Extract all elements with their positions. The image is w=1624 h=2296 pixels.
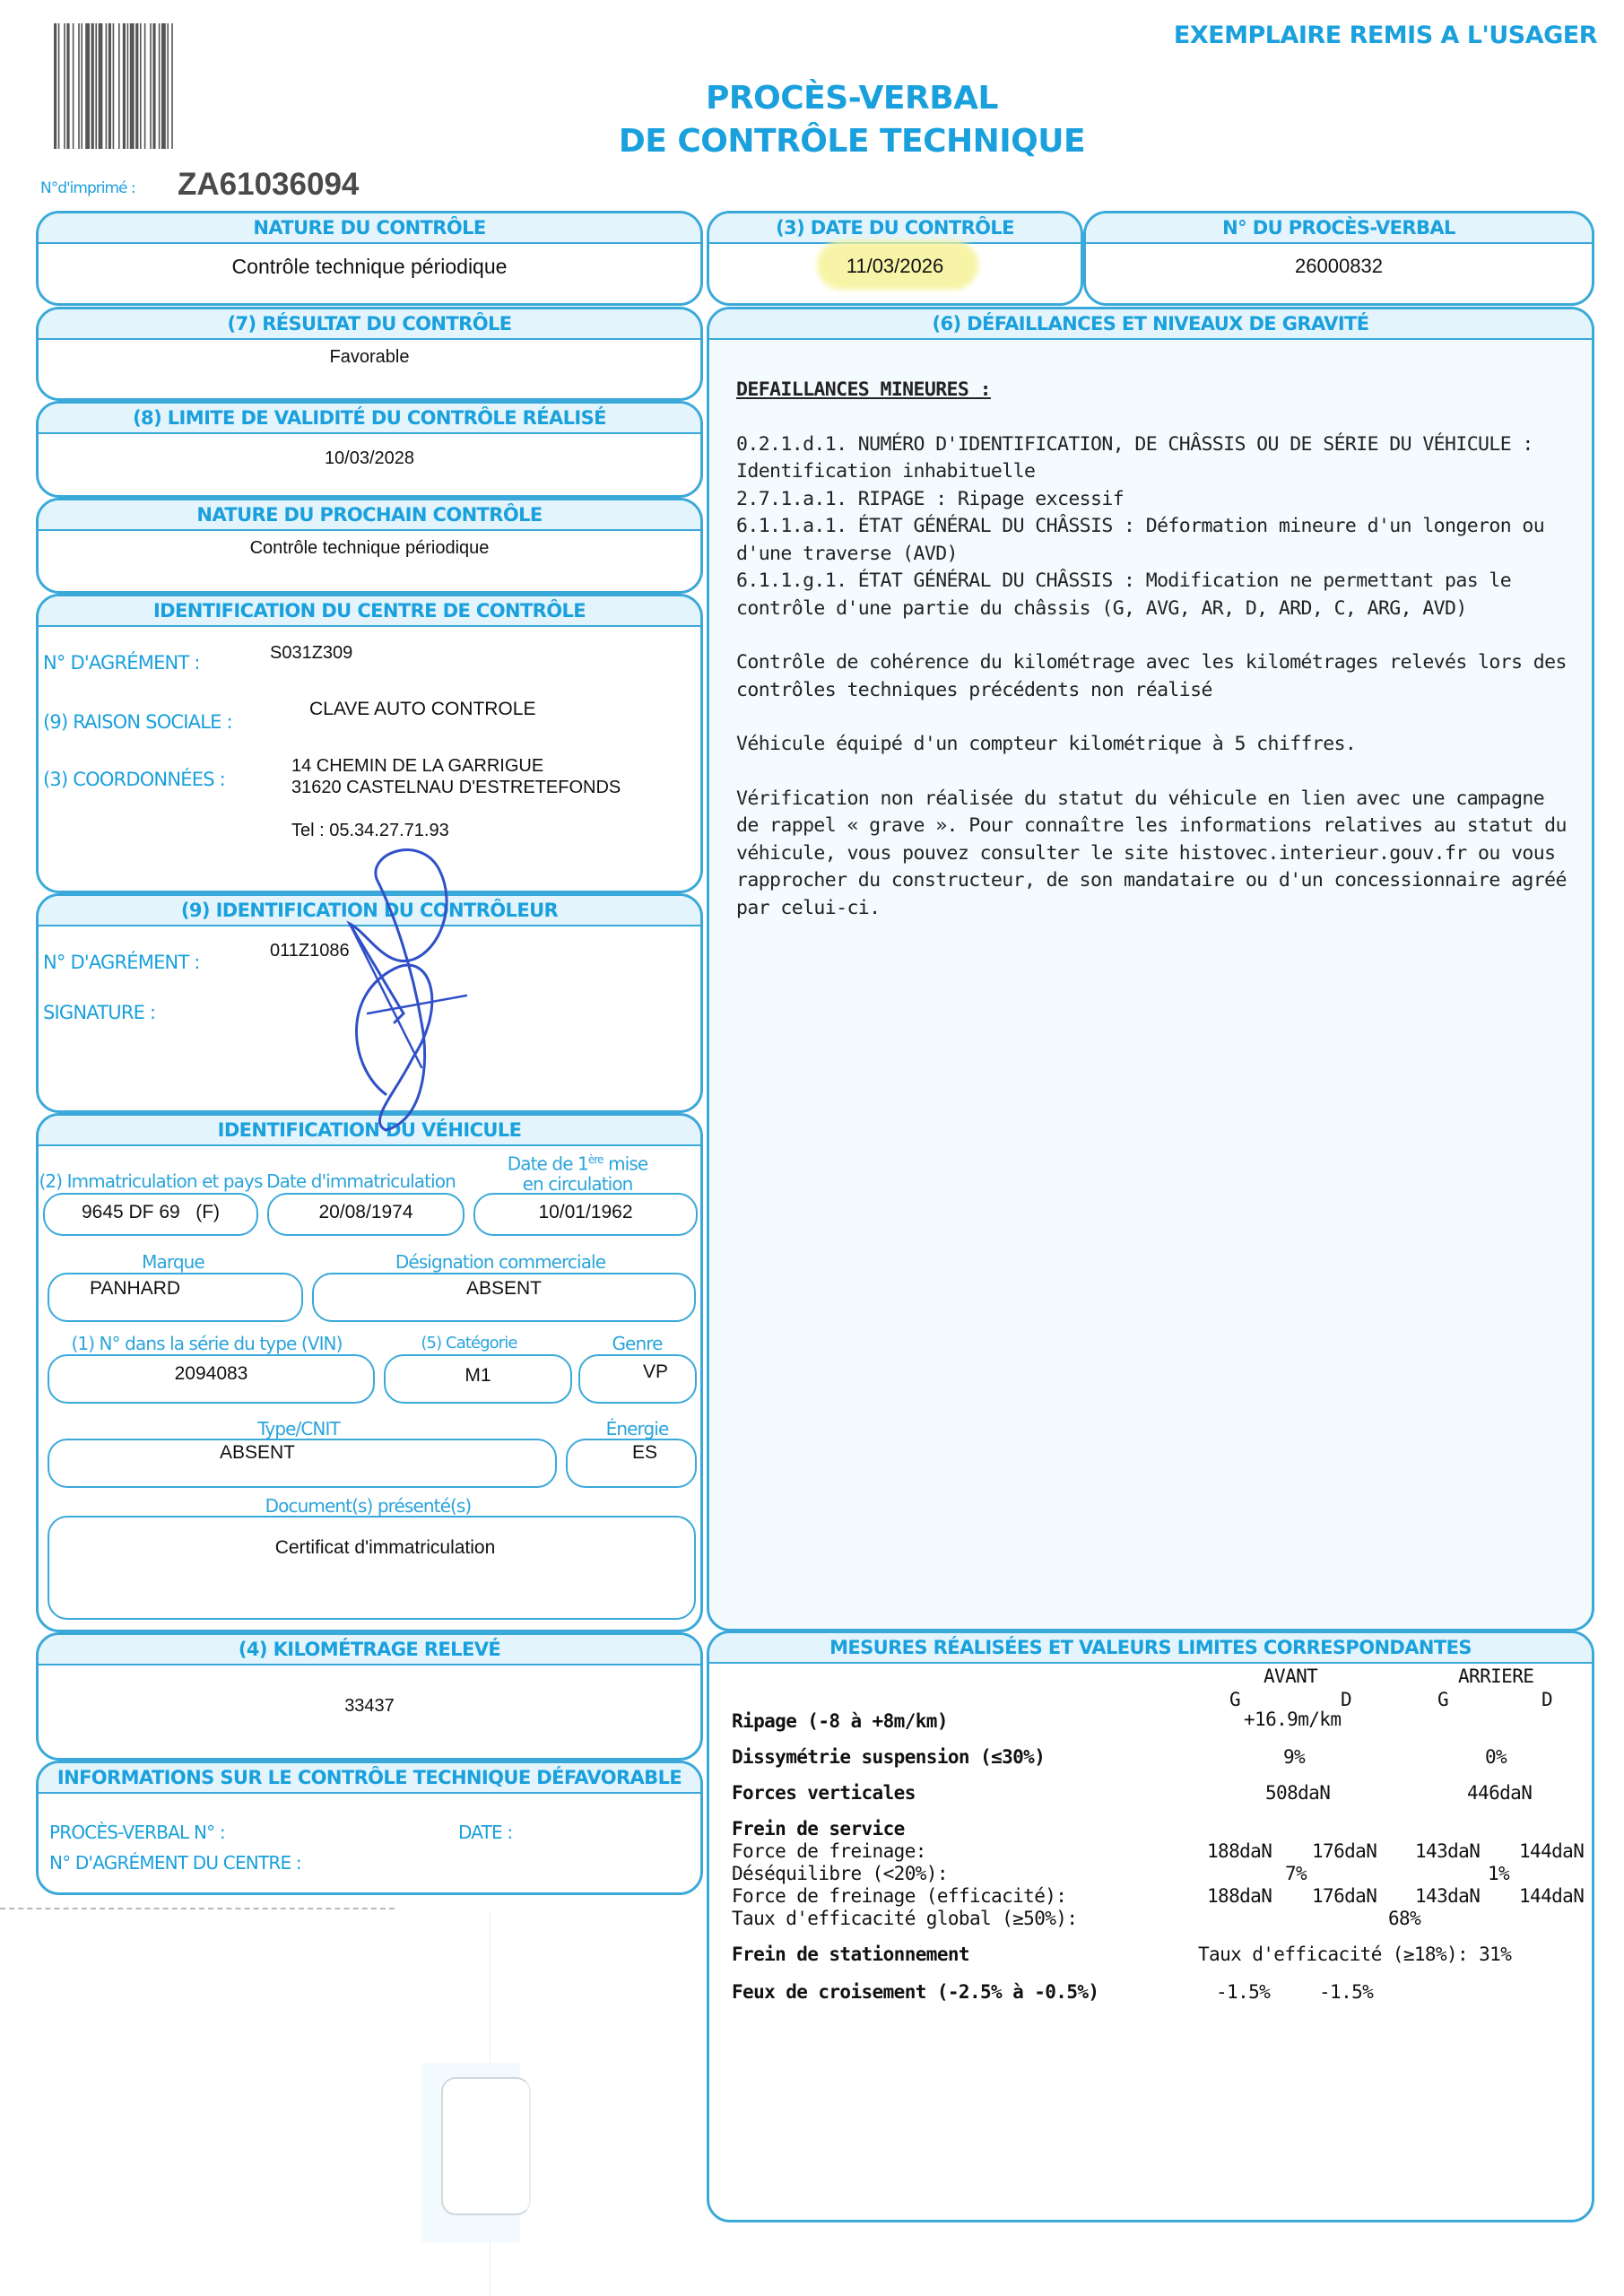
genre-field: VP: [578, 1354, 697, 1404]
copy-label: EXEMPLAIRE REMIS A L'USAGER: [1174, 22, 1597, 49]
section-header: (4) KILOMÉTRAGE RELEVÉ: [39, 1635, 700, 1665]
date-mec-field: 10/01/1962: [473, 1193, 698, 1236]
date-mec-label-part: en circulation: [523, 1173, 633, 1195]
dissymetrie-arriere: 0%: [1485, 1746, 1507, 1768]
section-header: (6) DÉFAILLANCES ET NIVEAUX DE GRAVITÉ: [709, 309, 1592, 340]
defavorable-box: INFORMATIONS SUR LE CONTRÔLE TECHNIQUE D…: [36, 1761, 703, 1895]
cut-line: [0, 1908, 395, 1909]
note-compteur: Véhicule équipé d'un compteur kilométriq…: [736, 731, 1574, 759]
vin-field: 2094083: [48, 1354, 375, 1404]
note-rappel: Vérification non réalisée du statut du v…: [736, 786, 1574, 923]
section-header: INFORMATIONS SUR LE CONTRÔLE TECHNIQUE D…: [39, 1763, 700, 1794]
force-eff-ard: 144daN: [1519, 1885, 1584, 1907]
energie-label: Énergie: [577, 1419, 698, 1439]
force-freinage-label: Force de freinage:: [732, 1840, 926, 1862]
centre-raison-label: (9) RAISON SOCIALE :: [43, 711, 232, 733]
section-header: IDENTIFICATION DU CENTRE DE CONTRÔLE: [39, 596, 700, 627]
feux-gauche: -1.5%: [1216, 1981, 1270, 2003]
force-freinage-avg: 188daN: [1207, 1840, 1272, 1862]
signature-label: SIGNATURE :: [43, 1002, 155, 1023]
desequilibre-label: Déséquilibre (<20%):: [732, 1863, 948, 1884]
resultat-value: Favorable: [39, 347, 700, 368]
centre-address-line2: 31620 CASTELNAU D'ESTRETEFONDS: [291, 778, 621, 798]
dissymetrie-label: Dissymétrie suspension (≤30%): [732, 1746, 1045, 1768]
designation-field: ABSENT: [312, 1273, 696, 1322]
taux-global-label: Taux d'efficacité global (≥50%):: [732, 1908, 1077, 1929]
defaillances-list: 0.2.1.d.1. NUMÉRO D'IDENTIFICATION, DE C…: [736, 431, 1574, 623]
designation-value: ABSENT: [314, 1278, 694, 1300]
immat-field: 9645 DF 69 (F): [43, 1193, 258, 1236]
force-eff-label: Force de freinage (efficacité):: [732, 1885, 1066, 1907]
col-arriere-g: G: [1437, 1689, 1448, 1710]
force-eff-avd: 176daN: [1312, 1885, 1376, 1907]
signature-scribble: [314, 843, 493, 1139]
immat-value: 9645 DF 69 (F): [45, 1202, 256, 1223]
print-number: ZA61036094: [178, 167, 359, 203]
date-controle-value: 11/03/2026: [709, 255, 1081, 278]
genre-value: VP: [616, 1361, 695, 1383]
feux-droit: -1.5%: [1319, 1981, 1373, 2003]
section-header: NATURE DU PROCHAIN CONTRÔLE: [39, 500, 700, 531]
col-avant-d: D: [1341, 1689, 1351, 1710]
defaillances-heading: DEFAILLANCES MINEURES :: [736, 377, 1574, 404]
date-mec-label-part: mise: [604, 1153, 648, 1175]
centre-agrement-label: N° D'AGRÉMENT :: [43, 652, 200, 674]
defaillances-content: DEFAILLANCES MINEURES : 0.2.1.d.1. NUMÉR…: [736, 377, 1574, 949]
type-field: ABSENT: [48, 1439, 557, 1488]
defavorable-date-label: DATE :: [458, 1822, 512, 1843]
resultat-box: (7) RÉSULTAT DU CONTRÔLE Favorable: [36, 307, 703, 401]
numero-pv-value: 26000832: [1086, 255, 1592, 278]
centre-raison-value: CLAVE AUTO CONTROLE: [309, 699, 535, 720]
controleur-agrement-label: N° D'AGRÉMENT :: [43, 952, 200, 973]
section-header: N° DU PROCÈS-VERBAL: [1086, 213, 1592, 244]
desequilibre-arriere: 1%: [1488, 1863, 1509, 1884]
documents-value: Certificat d'immatriculation: [76, 1537, 694, 1559]
desequilibre-avant: 7%: [1285, 1863, 1307, 1884]
col-arriere: ARRIERE: [1458, 1665, 1533, 1687]
force-freinage-avd: 176daN: [1312, 1840, 1376, 1862]
centre-tel: Tel : 05.34.27.71.93: [291, 821, 449, 841]
vin-label: (1) N° dans la série du type (VIN): [39, 1334, 375, 1353]
energie-value: ES: [595, 1442, 695, 1464]
defaillance-item: 2.7.1.a.1. RIPAGE : Ripage excessif: [736, 486, 1574, 514]
col-avant-g: G: [1229, 1689, 1240, 1710]
defaillance-item: 0.2.1.d.1. NUMÉRO D'IDENTIFICATION, DE C…: [736, 431, 1574, 486]
dissymetrie-avant: 9%: [1283, 1746, 1305, 1768]
kilometrage-box: (4) KILOMÉTRAGE RELEVÉ 33437: [36, 1632, 703, 1761]
date-controle-box: (3) DATE DU CONTRÔLE 11/03/2026: [707, 211, 1083, 306]
designation-label: Désignation commerciale: [308, 1252, 693, 1272]
defaillances-box: (6) DÉFAILLANCES ET NIVEAUX DE GRAVITÉ D…: [707, 307, 1594, 1631]
ripage-value: +16.9m/km: [1244, 1709, 1341, 1730]
stationnement-value: Taux d'efficacité (≥18%): 31%: [1198, 1944, 1511, 1965]
stationnement-label: Frein de stationnement: [732, 1944, 969, 1965]
limite-validite-box: (8) LIMITE DE VALIDITÉ DU CONTRÔLE RÉALI…: [36, 401, 703, 498]
numero-pv-box: N° DU PROCÈS-VERBAL 26000832: [1083, 211, 1594, 306]
marque-field: PANHARD: [48, 1273, 303, 1322]
type-label: Type/CNIT: [39, 1419, 559, 1439]
defavorable-pv-label: PROCÈS-VERBAL N° :: [49, 1822, 225, 1843]
col-arriere-d: D: [1541, 1689, 1552, 1710]
section-header: NATURE DU CONTRÔLE: [39, 213, 700, 244]
section-header: MESURES RÉALISÉES ET VALEURS LIMITES COR…: [709, 1633, 1592, 1664]
prochain-controle-box: NATURE DU PROCHAIN CONTRÔLE Contrôle tec…: [36, 498, 703, 594]
page-title: PROCÈS-VERBAL DE CONTRÔLE TECHNIQUE: [574, 77, 1130, 163]
frein-service-label: Frein de service: [732, 1818, 905, 1839]
force-eff-arg: 143daN: [1415, 1885, 1480, 1907]
forces-label: Forces verticales: [732, 1782, 916, 1804]
force-freinage-ard: 144daN: [1519, 1840, 1584, 1862]
vehicule-box: IDENTIFICATION DU VÉHICULE (2) Immatricu…: [36, 1113, 703, 1632]
centre-agrement-value: S031Z309: [270, 643, 352, 664]
nature-controle-value: Contrôle technique périodique: [39, 255, 700, 279]
date-immat-value: 20/08/1974: [269, 1202, 463, 1223]
taux-global-value: 68%: [1388, 1908, 1420, 1929]
forces-arriere: 446daN: [1467, 1782, 1532, 1804]
page-title-line2: DE CONTRÔLE TECHNIQUE: [574, 120, 1130, 163]
note-kilometrage: Contrôle de cohérence du kilométrage ave…: [736, 649, 1574, 704]
section-header: (3) DATE DU CONTRÔLE: [709, 213, 1081, 244]
col-avant: AVANT: [1264, 1665, 1317, 1687]
card-window: [441, 2077, 531, 2215]
date-immat-label: Date d'immatriculation: [265, 1171, 457, 1191]
defaillance-item: 6.1.1.a.1. ÉTAT GÉNÉRAL DU CHÂSSIS : Déf…: [736, 513, 1574, 568]
ripage-label: Ripage (-8 à +8m/km): [732, 1710, 948, 1732]
print-number-label: N°d'imprimé :: [40, 179, 135, 197]
defavorable-agrement-label: N° D'AGRÉMENT DU CENTRE :: [49, 1852, 301, 1874]
energie-field: ES: [566, 1439, 697, 1488]
section-header: (8) LIMITE DE VALIDITÉ DU CONTRÔLE RÉALI…: [39, 404, 700, 434]
documents-label: Document(s) présenté(s): [39, 1496, 698, 1516]
date-immat-field: 20/08/1974: [267, 1193, 465, 1236]
date-mec-label-part: Date de 1: [508, 1153, 588, 1175]
centre-coord-label: (3) COORDONNÉES :: [43, 769, 225, 790]
nature-controle-box: NATURE DU CONTRÔLE Contrôle technique pé…: [36, 211, 703, 306]
barcode: [54, 23, 230, 149]
vin-value: 2094083: [49, 1363, 373, 1385]
date-mec-label: Date de 1ère mise en circulation: [462, 1150, 693, 1194]
force-freinage-arg: 143daN: [1415, 1840, 1480, 1862]
centre-address-line1: 14 CHEMIN DE LA GARRIGUE: [291, 756, 543, 777]
force-eff-avg: 188daN: [1207, 1885, 1272, 1907]
documents-field: Certificat d'immatriculation: [48, 1516, 696, 1620]
categorie-field: M1: [384, 1354, 572, 1404]
page-title-line1: PROCÈS-VERBAL: [574, 77, 1130, 120]
immat-label: (2) Immatriculation et pays: [39, 1171, 263, 1191]
date-mec-value: 10/01/1962: [475, 1202, 696, 1223]
section-header: (7) RÉSULTAT DU CONTRÔLE: [39, 309, 700, 340]
genre-label: Genre: [577, 1334, 698, 1353]
mesures-box: MESURES RÉALISÉES ET VALEURS LIMITES COR…: [707, 1631, 1594, 2222]
type-value: ABSENT: [36, 1442, 555, 1464]
prochain-controle-value: Contrôle technique périodique: [39, 538, 700, 559]
feux-label: Feux de croisement (-2.5% à -0.5%): [732, 1981, 1099, 2003]
kilometrage-value: 33437: [39, 1696, 700, 1717]
marque-value: PANHARD: [36, 1278, 301, 1300]
defaillance-item: 6.1.1.g.1. ÉTAT GÉNÉRAL DU CHÂSSIS : Mod…: [736, 568, 1574, 622]
limite-validite-value: 10/03/2028: [39, 448, 700, 469]
date-mec-label-sup: ère: [588, 1153, 604, 1166]
marque-label: Marque: [39, 1252, 308, 1272]
forces-avant: 508daN: [1265, 1782, 1330, 1804]
categorie-value: M1: [386, 1365, 570, 1387]
